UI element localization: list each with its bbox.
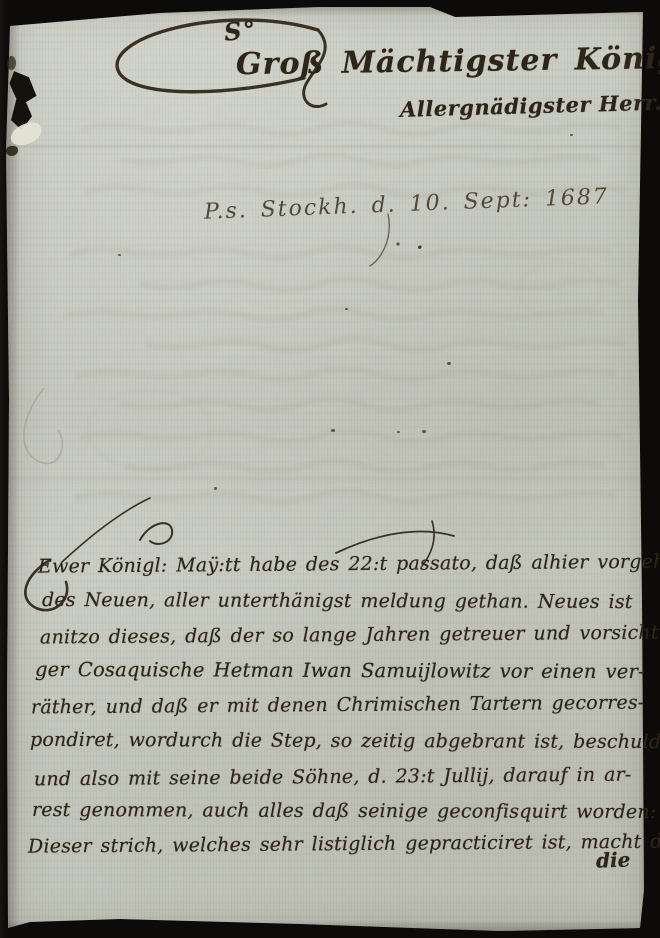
ink-speck xyxy=(118,254,121,256)
paper-tear xyxy=(7,56,16,70)
ink-speck xyxy=(214,487,217,490)
manuscript-line: ger Cosaquische Hetman Iwan Samuijlowitz… xyxy=(35,658,645,683)
ink-speck xyxy=(447,362,451,365)
ink-speck xyxy=(331,429,335,432)
letter-heading: Groß Mächtigster König. xyxy=(236,41,660,82)
scan-background: S° Groß Mächtigster König. Allergnädigst… xyxy=(0,0,660,938)
manuscript-line: des Neuen, aller unterthänigst meldung g… xyxy=(42,589,633,613)
manuscript-line: räther, und daß er mit denen Chrimischen… xyxy=(31,692,645,719)
catchword: die xyxy=(596,847,631,872)
ink-speck xyxy=(418,246,421,249)
manuscript-line: pondiret, wordurch die Step, so zeitig a… xyxy=(30,729,660,753)
letter-body: Ewer Königl: Maÿ:tt habe des 22:t passat… xyxy=(30,553,648,873)
invocation-mark: S° xyxy=(223,14,259,46)
ink-speck xyxy=(570,134,573,136)
ink-speck xyxy=(345,308,348,310)
manuscript-line: anitzo dieses, daß der so lange Jahren g… xyxy=(40,622,660,649)
ink-speck xyxy=(397,431,400,433)
manuscript-line: rest genommen, auch alles daß seinige ge… xyxy=(32,799,657,823)
manuscript-line: und also mit seine beide Söhne, d. 23:t … xyxy=(34,764,632,791)
ink-speck xyxy=(422,430,426,433)
manuscript-line: Dieser strich, welches sehr listiglich g… xyxy=(28,830,660,857)
manuscript-line: Ewer Königl: Maÿ:tt habe des 22:t passat… xyxy=(38,550,660,577)
